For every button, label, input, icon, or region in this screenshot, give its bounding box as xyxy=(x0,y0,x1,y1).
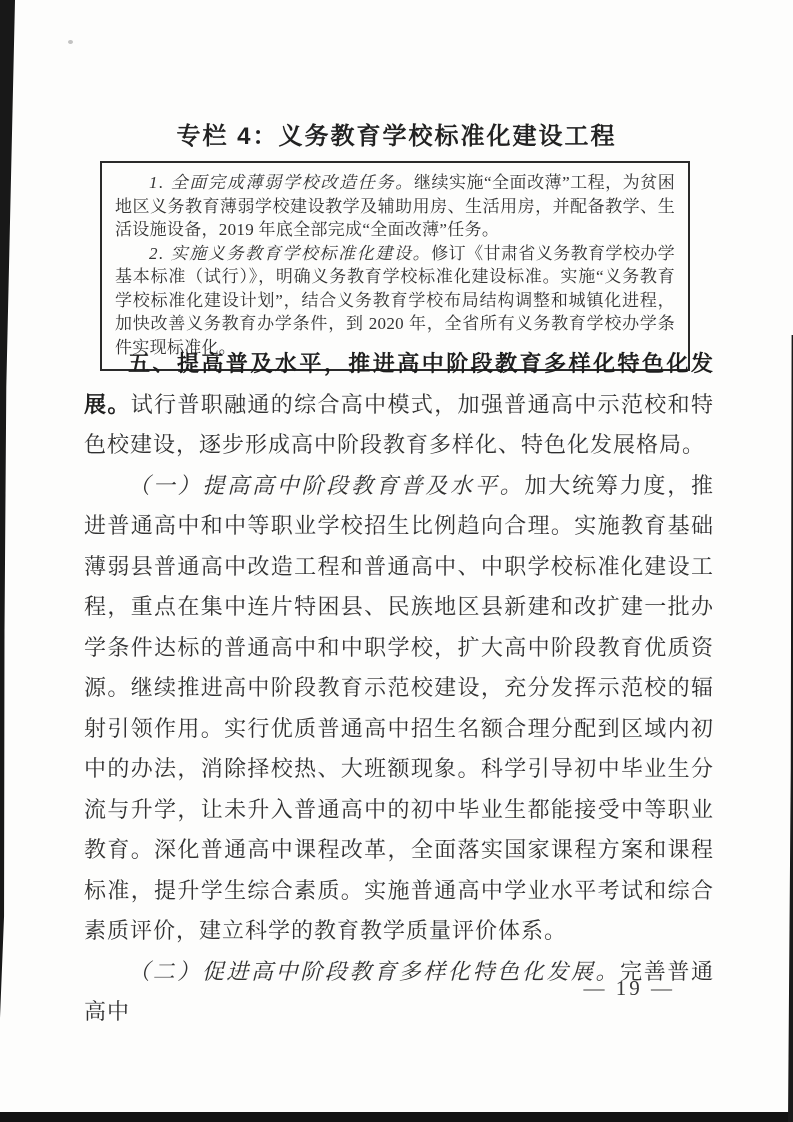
panel-item-2: 2. 实施义务教育学校标准化建设。修订《甘肃省义务教育学校办学基本标准（试行）》… xyxy=(115,242,675,360)
panel-item-1: 1. 全面完成薄弱学校改造任务。继续实施“全面改薄”工程，为贫困地区义务教育薄弱… xyxy=(115,171,675,242)
subsection-1-paragraph: （一）提高高中阶段教育普及水平。加大统筹力度，推进普通高中和中等职业学校招生比例… xyxy=(84,466,714,952)
scan-speck xyxy=(68,40,73,44)
scan-edge-left xyxy=(0,0,15,1018)
scanned-document-page: 专栏 4：义务教育学校标准化建设工程 1. 全面完成薄弱学校改造任务。继续实施“… xyxy=(0,0,793,1122)
subsection-1-body: 加大统筹力度，推进普通高中和中等职业学校招生比例趋向合理。实施教育基础薄弱县普通… xyxy=(84,473,714,944)
scan-edge-right xyxy=(788,335,793,1122)
page-number: — 19 — xyxy=(584,976,676,1001)
subsection-1-lead: （一）提高高中阶段教育普及水平。 xyxy=(128,473,525,498)
section-5-heading-follow: 试行普职融通的综合高中模式，加强普通高中示范校和特色校建设，逐步形成高中阶段教育… xyxy=(84,392,714,458)
subsection-2-lead: （二）促进高中阶段教育多样化特色化发展。 xyxy=(128,959,620,984)
column-box-title: 专栏 4：义务教育学校标准化建设工程 xyxy=(0,116,793,151)
panel-item-2-lead: 2. 实施义务教育学校标准化建设。 xyxy=(149,244,431,263)
scan-edge-bottom xyxy=(0,1112,793,1122)
panel-item-1-lead: 1. 全面完成薄弱学校改造任务。 xyxy=(149,173,414,192)
section-5-paragraph: 五、提高普及水平，推进高中阶段教育多样化特色化发展。试行普职融通的综合高中模式，… xyxy=(84,344,714,466)
main-text: 五、提高普及水平，推进高中阶段教育多样化特色化发展。试行普职融通的综合高中模式，… xyxy=(84,344,714,1033)
column-box-panel: 1. 全面完成薄弱学校改造任务。继续实施“全面改薄”工程，为贫困地区义务教育薄弱… xyxy=(100,161,690,371)
